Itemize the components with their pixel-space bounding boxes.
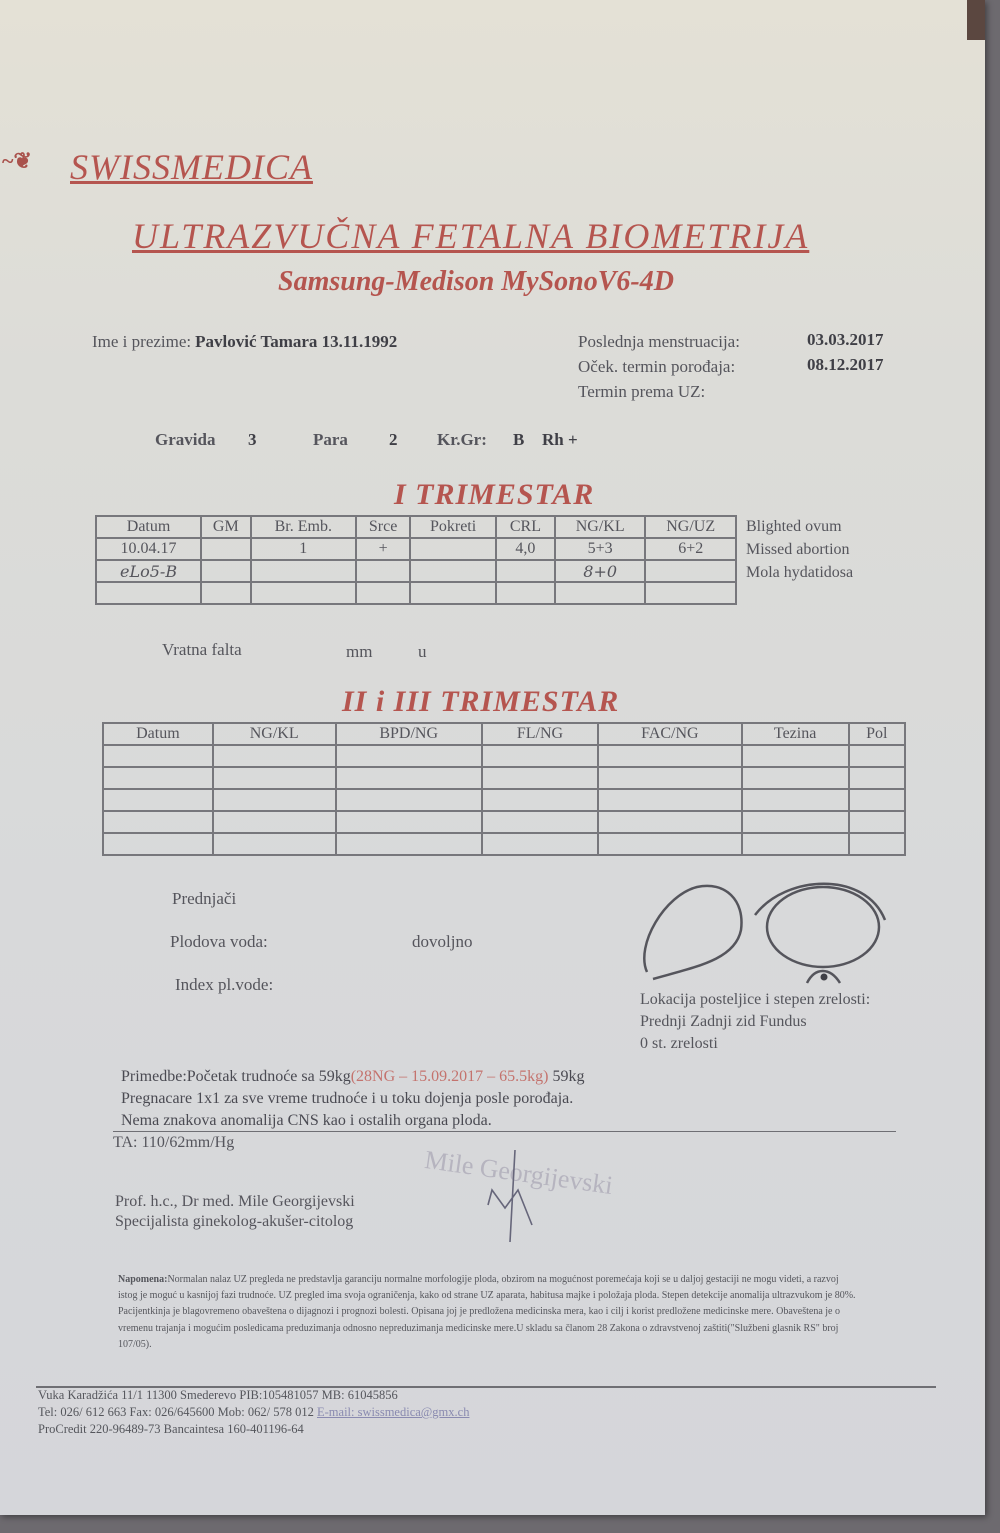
remarks-weight-note: (28NG – 15.09.2017 – 65.5kg) <box>351 1068 549 1085</box>
table-cell <box>849 745 905 767</box>
remarks-line-3: Nema znakova anomalija CNS kao i ostalih… <box>121 1110 584 1132</box>
trimester23-table: DatumNG/KLBPD/NGFL/NGFAC/NGTezinaPol <box>102 722 906 856</box>
option-mola-hydatidosa: Mola hydatidosa <box>746 561 853 584</box>
table-row <box>103 745 905 767</box>
remarks-line-1: Primedbe:Početak trudnoće sa 59kg(28NG –… <box>121 1066 584 1088</box>
option-missed-abortion: Missed abortion <box>746 538 853 561</box>
table-cell <box>103 745 213 767</box>
table-cell <box>598 767 741 789</box>
para-value: 2 <box>389 430 398 450</box>
table-cell <box>103 833 213 855</box>
column-header: NG/UZ <box>645 516 736 538</box>
logo-icon: ~❦ <box>2 148 32 174</box>
table-cell <box>213 767 336 789</box>
table-cell <box>555 582 646 604</box>
table-cell: 1 <box>251 538 357 560</box>
table-row <box>103 789 905 811</box>
blood-pressure: TA: 110/62mm/Hg <box>113 1134 234 1152</box>
table-cell <box>496 560 555 582</box>
trimester1-title: I TRIMESTAR <box>394 478 594 512</box>
doctor-name: Prof. h.c., Dr med. Mile Georgijevski <box>115 1193 355 1211</box>
table-cell: 5+3 <box>555 538 646 560</box>
table-cell <box>482 745 598 767</box>
doctor-title: Specijalista ginekolog-akušer-citolog <box>115 1213 353 1231</box>
document-title: ULTRAZVUČNA FETALNA BIOMETRIJA <box>132 215 809 257</box>
table-cell <box>213 811 336 833</box>
due-date-value: 08.12.2017 <box>807 355 884 375</box>
blood-group-label: Kr.Gr: <box>437 430 487 450</box>
table-cell <box>645 582 736 604</box>
table-cell <box>356 560 410 582</box>
table-cell <box>201 582 250 604</box>
column-header: Srce <box>356 516 410 538</box>
remarks-block: Primedbe:Početak trudnoće sa 59kg(28NG –… <box>121 1066 584 1132</box>
placenta-diagram-icon <box>635 875 895 990</box>
patient-name-row: Ime i prezime: Pavlović Tamara 13.11.199… <box>92 332 397 352</box>
table-cell <box>742 767 849 789</box>
table-cell <box>251 582 357 604</box>
table-cell <box>201 560 250 582</box>
table-cell <box>598 833 741 855</box>
column-header: BPD/NG <box>336 723 482 745</box>
column-header: Br. Emb. <box>251 516 357 538</box>
table-row <box>103 767 905 789</box>
table-cell <box>201 538 250 560</box>
document-page: ~❦ SWISSMEDICA ULTRAZVUČNA FETALNA BIOME… <box>0 0 985 1515</box>
patient-name-label: Ime i prezime: <box>92 332 191 351</box>
presenting-part-label: Prednjači <box>172 889 236 909</box>
placenta-location: Prednji Zadnji zid Fundus <box>640 1013 807 1031</box>
last-period-label: Poslednja menstruacija: <box>578 332 740 352</box>
disclaimer: Napomena:Normalan nalaz UZ pregleda ne p… <box>118 1272 858 1353</box>
us-term-label: Termin prema UZ: <box>578 382 705 402</box>
table-cell: 6+2 <box>645 538 736 560</box>
disclaimer-label: Napomena: <box>118 1274 167 1285</box>
last-period-value: 03.03.2017 <box>807 330 884 350</box>
table-cell <box>849 767 905 789</box>
table-cell <box>103 811 213 833</box>
nuchal-at-label: u <box>418 642 427 662</box>
table-cell <box>645 560 736 582</box>
trimester23-title: II i III TRIMESTAR <box>342 685 619 719</box>
table-row <box>103 811 905 833</box>
table-cell <box>410 582 496 604</box>
patient-name-value: Pavlović Tamara 13.11.1992 <box>195 332 397 351</box>
table-cell <box>96 582 201 604</box>
gravida-value: 3 <box>248 430 257 450</box>
table-row: 10.04.171+4,05+36+2 <box>96 538 736 560</box>
gravida-label: Gravida <box>155 430 215 450</box>
placenta-label: Lokacija posteljice i stepen zrelosti: <box>640 991 870 1009</box>
amniotic-fluid-label: Plodova voda: <box>170 932 268 952</box>
rh-factor-value: Rh + <box>542 430 578 450</box>
column-header: Datum <box>96 516 201 538</box>
trimester1-table: DatumGMBr. Emb.SrcePokretiCRLNG/KLNG/UZ1… <box>95 515 737 605</box>
column-header: Tezina <box>742 723 849 745</box>
table-cell: 8+0 <box>555 560 646 582</box>
table-row <box>103 833 905 855</box>
background-edge <box>967 0 985 40</box>
footer-email-link[interactable]: E-mail: swissmedica@gmx.ch <box>317 1405 469 1419</box>
table-cell <box>742 745 849 767</box>
due-date-label: Oček. termin porođaja: <box>578 357 735 377</box>
amniotic-index-label: Index pl.vode: <box>175 975 273 995</box>
table-cell <box>213 745 336 767</box>
column-header: Pokreti <box>410 516 496 538</box>
column-header: FAC/NG <box>598 723 741 745</box>
option-blighted-ovum: Blighted ovum <box>746 515 853 538</box>
table-cell: 4,0 <box>496 538 555 560</box>
doctor-stamp: Mile Georgijevski <box>410 1150 650 1240</box>
table-cell: + <box>356 538 410 560</box>
table-cell <box>103 789 213 811</box>
table-cell <box>742 789 849 811</box>
footer: Vuka Karadžića 11/1 11300 Smederevo PIB:… <box>38 1387 469 1438</box>
disclaimer-text: Normalan nalaz UZ pregleda ne predstavlj… <box>118 1274 856 1350</box>
table-cell <box>849 833 905 855</box>
placenta-grade: 0 st. zrelosti <box>640 1035 718 1053</box>
table-cell <box>849 789 905 811</box>
table-cell: 10.04.17 <box>96 538 201 560</box>
table-cell <box>213 789 336 811</box>
table-cell <box>742 833 849 855</box>
signature-icon <box>480 1150 550 1245</box>
table-cell <box>742 811 849 833</box>
remarks-weight-start: Primedbe:Početak trudnoće sa 59kg <box>121 1068 351 1085</box>
table-cell <box>213 833 336 855</box>
para-label: Para <box>313 430 348 450</box>
nuchal-label: Vratna falta <box>162 640 242 660</box>
table-cell <box>482 811 598 833</box>
remarks-weight-end: 59kg <box>548 1068 584 1085</box>
clinic-brand: SWISSMEDICA <box>70 146 313 188</box>
table-cell <box>598 811 741 833</box>
table-cell: eLo5-B <box>96 560 201 582</box>
table-row: eLo5-B8+0 <box>96 560 736 582</box>
column-header: NG/KL <box>213 723 336 745</box>
amniotic-fluid-value: dovoljno <box>412 932 472 952</box>
trimester1-side-options: Blighted ovum Missed abortion Mola hydat… <box>746 515 853 584</box>
table-cell <box>598 745 741 767</box>
remarks-line-2: Pregnacare 1x1 za sve vreme trudnoće i u… <box>121 1088 584 1110</box>
column-header: GM <box>201 516 250 538</box>
table-cell <box>482 767 598 789</box>
table-row <box>96 582 736 604</box>
table-cell <box>598 789 741 811</box>
table-cell <box>849 811 905 833</box>
device-subtitle: Samsung-Medison MySonoV6-4D <box>278 266 674 298</box>
footer-phones: Tel: 026/ 612 663 Fax: 026/645600 Mob: 0… <box>38 1405 317 1419</box>
table-cell <box>336 767 482 789</box>
table-cell <box>336 789 482 811</box>
table-cell <box>482 789 598 811</box>
table-cell <box>336 833 482 855</box>
table-cell <box>103 767 213 789</box>
table-cell <box>410 538 496 560</box>
table-cell <box>496 582 555 604</box>
column-header: NG/KL <box>555 516 646 538</box>
footer-contacts: Tel: 026/ 612 663 Fax: 026/645600 Mob: 0… <box>38 1404 469 1421</box>
column-header: Pol <box>849 723 905 745</box>
footer-bank-accounts: ProCredit 220-96489-73 Bancaintesa 160-4… <box>38 1421 469 1438</box>
table-cell <box>336 811 482 833</box>
table-cell <box>356 582 410 604</box>
table-cell <box>336 745 482 767</box>
remarks-divider <box>113 1131 896 1132</box>
table-cell <box>410 560 496 582</box>
nuchal-unit: mm <box>346 642 372 662</box>
table-cell <box>482 833 598 855</box>
blood-group-value: B <box>513 430 524 450</box>
column-header: FL/NG <box>482 723 598 745</box>
footer-address: Vuka Karadžića 11/1 11300 Smederevo PIB:… <box>38 1387 469 1404</box>
column-header: CRL <box>496 516 555 538</box>
table-cell <box>251 560 357 582</box>
column-header: Datum <box>103 723 213 745</box>
